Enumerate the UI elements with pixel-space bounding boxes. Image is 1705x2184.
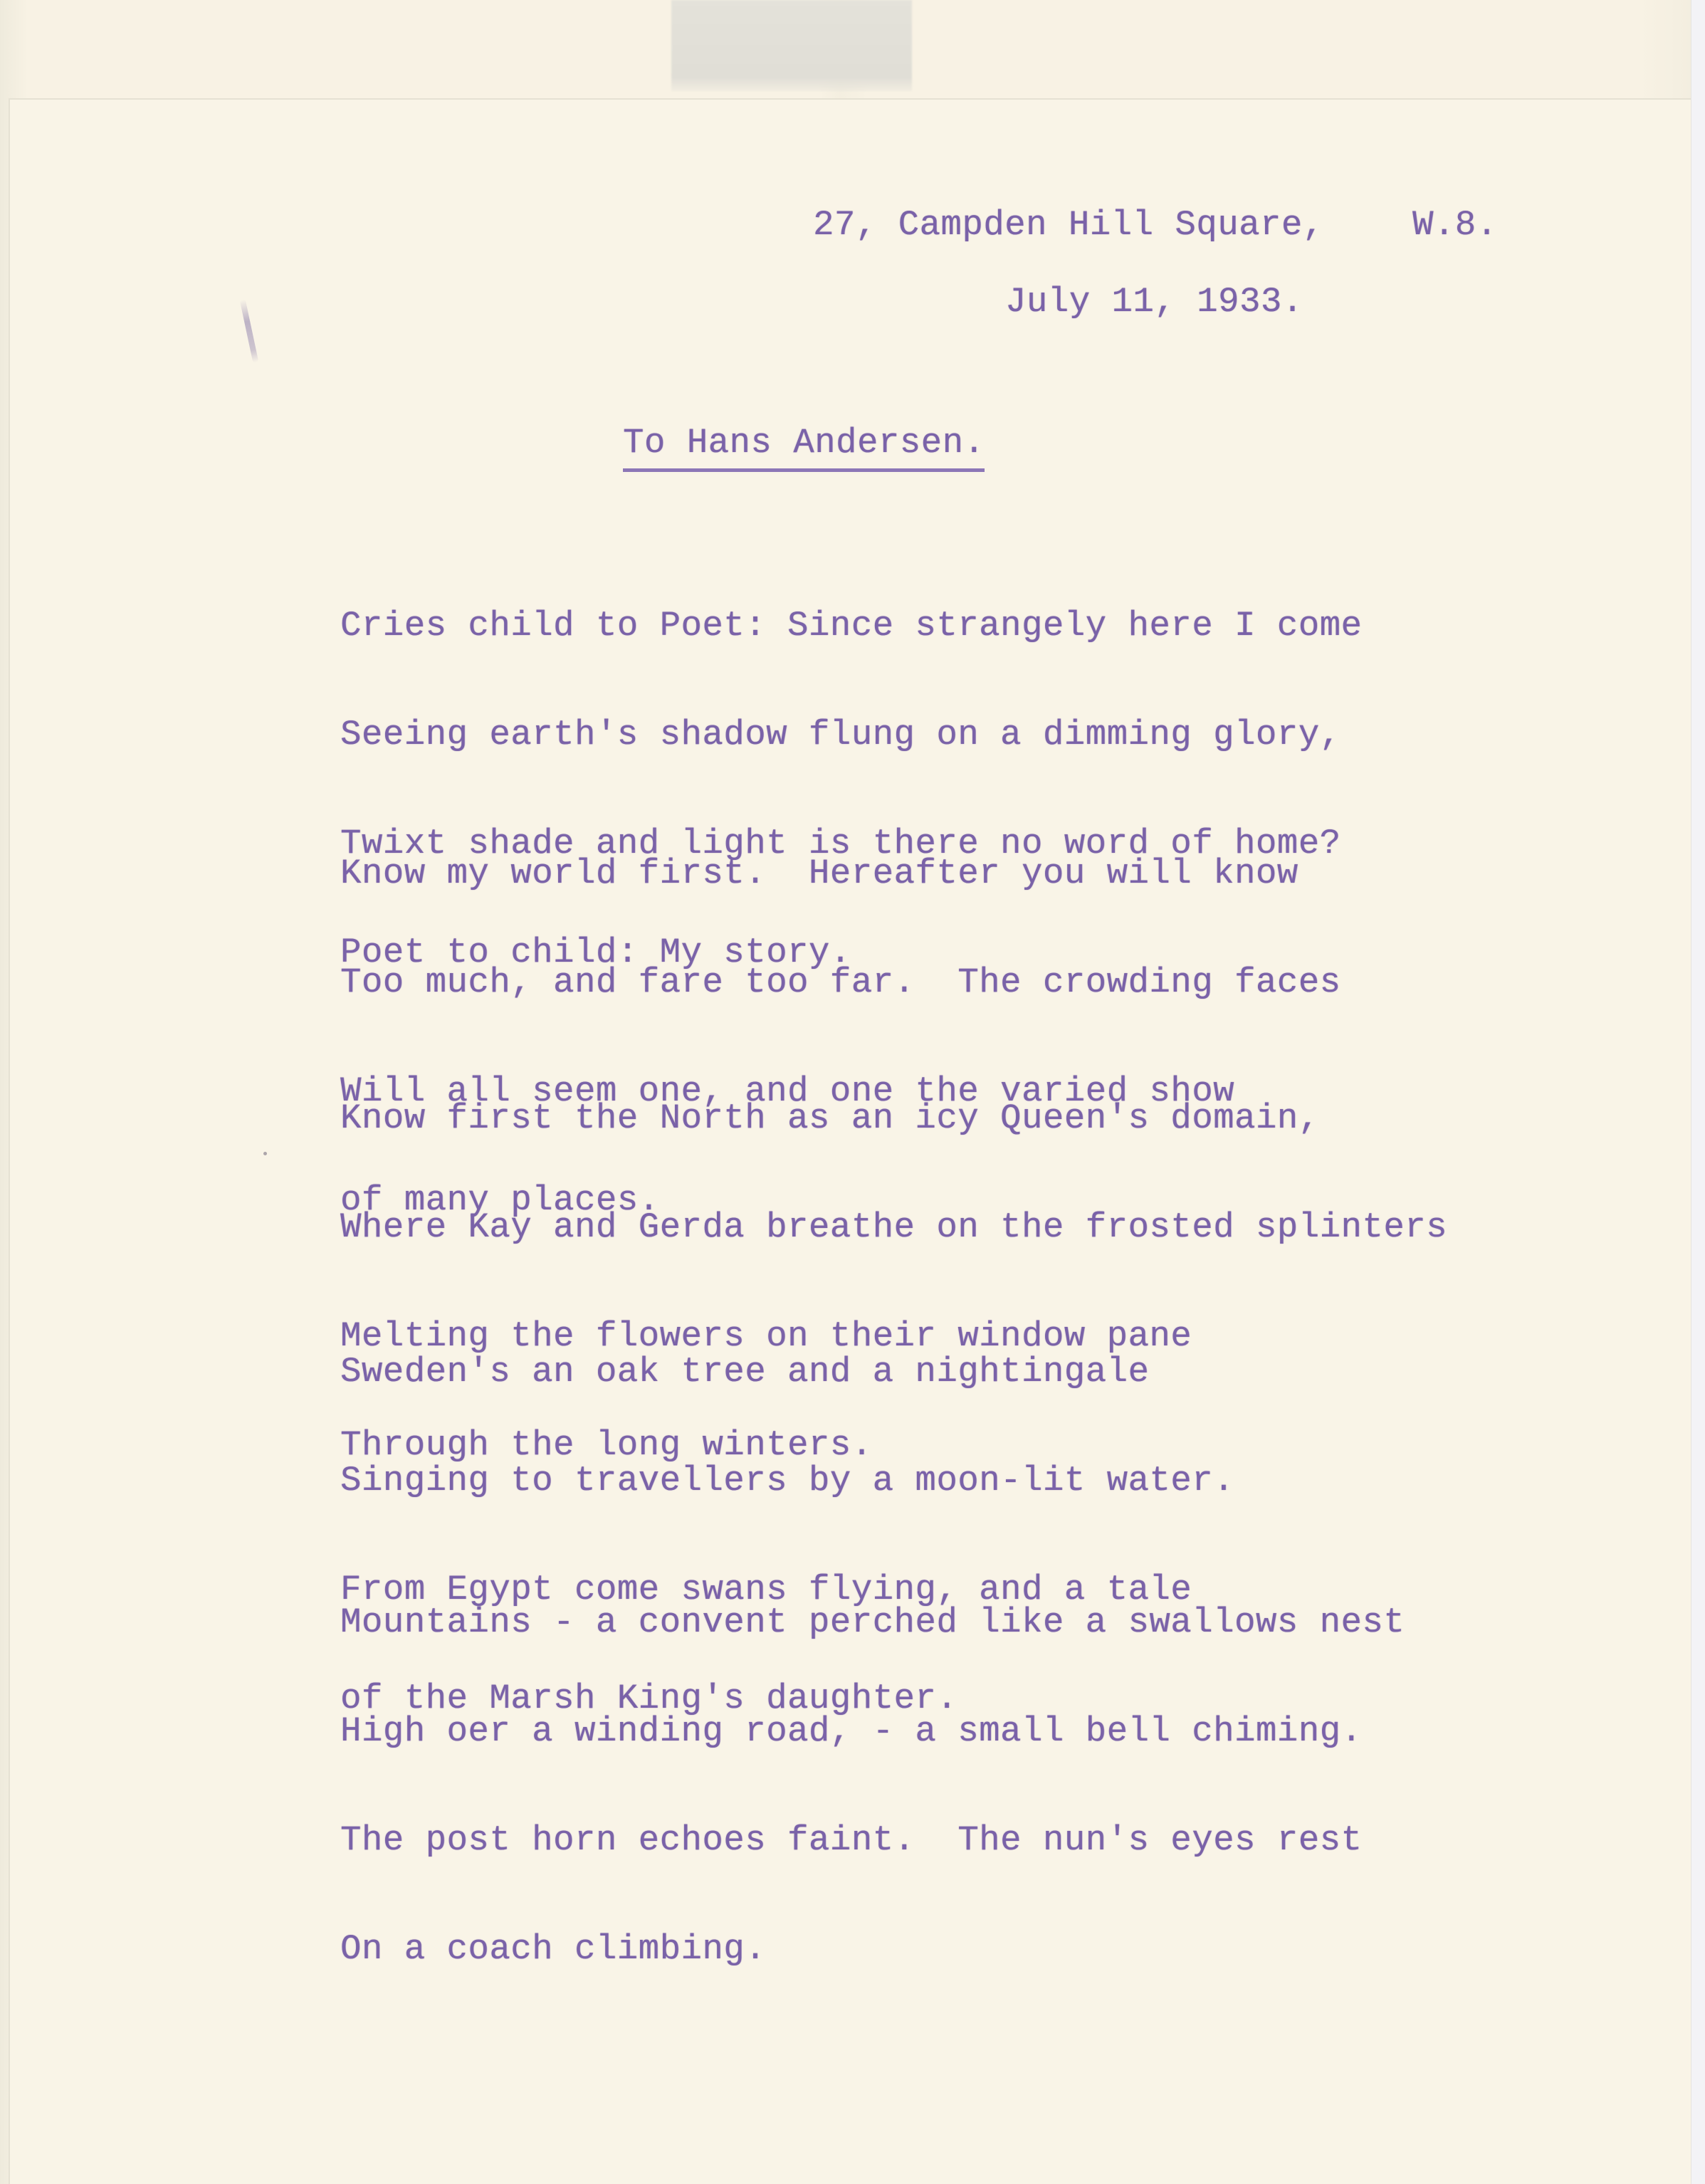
scan-edge [1691, 0, 1705, 2184]
letter-date: July 11, 1933. [1005, 283, 1303, 320]
verse-line: Know first the North as an icy Queen's d… [340, 1101, 1447, 1137]
verse-line: Know my world first. Hereafter you will … [340, 856, 1341, 892]
verse-line: Where Kay and Gerda breathe on the frost… [340, 1209, 1447, 1246]
verse-line: On a coach climbing. [340, 1931, 1405, 1968]
verse-line: Too much, and fare too far. The crowding… [340, 965, 1341, 1001]
verse-line: High oer a winding road, - a small bell … [340, 1713, 1405, 1750]
verse-line: Singing to travellers by a moon-lit wate… [340, 1463, 1234, 1499]
stanza: Mountains - a convent perched like a swa… [340, 1532, 1405, 2004]
verse-line: Seeing earth's shadow flung on a dimming… [340, 717, 1362, 753]
verse-line: Sweden's an oak tree and a nightingale [340, 1354, 1234, 1390]
postal-district: W.8. [1412, 206, 1498, 243]
poem-title: To Hans Andersen. [623, 424, 985, 472]
ink-speck [263, 1152, 267, 1155]
verse-line: The post horn echoes faint. The nun's ey… [340, 1822, 1405, 1859]
verse-line: Mountains - a convent perched like a swa… [340, 1605, 1405, 1641]
verse-line: Cries child to Poet: Since strangely her… [340, 608, 1362, 644]
attachment-shadow [671, 0, 912, 91]
sender-address: 27, Campden Hill Square, [813, 206, 1324, 243]
